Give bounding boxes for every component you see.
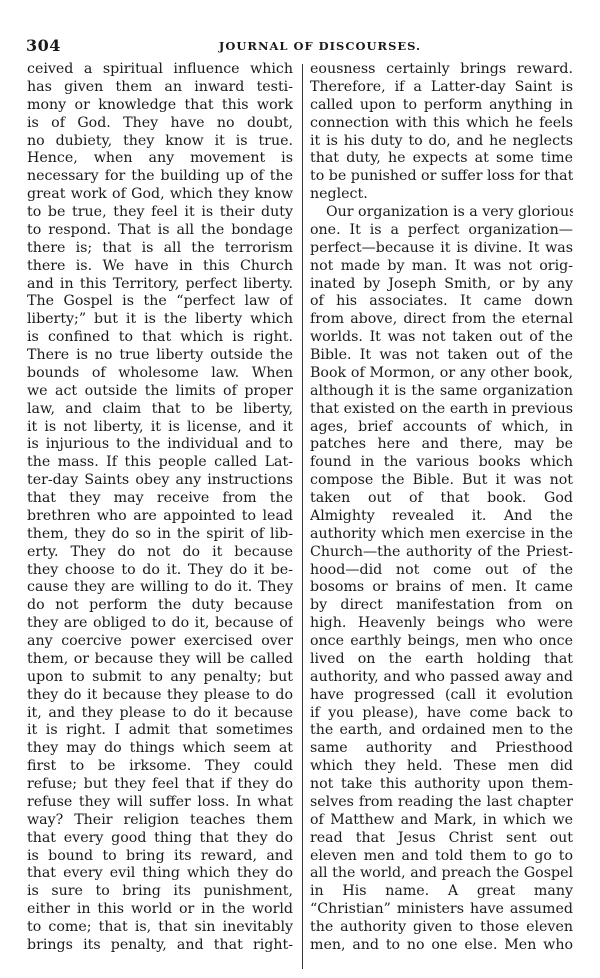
text-line: selves from reading the last chapter <box>310 794 573 812</box>
text-line: they may do things which seem at <box>27 740 293 758</box>
text-line: the authority given to those eleven <box>310 919 573 937</box>
text-line: inated by Joseph Smith, or by any <box>310 276 573 294</box>
text-line: is bound to bring its reward, and <box>27 848 293 866</box>
text-line: is injurious to the individual and to <box>27 436 293 454</box>
text-line: great work of God, which they know <box>27 186 293 204</box>
text-line: which they held. These men did <box>310 758 573 776</box>
page-header: 304 JOURNAL OF DISCOURSES. <box>0 36 600 56</box>
text-line: of his associates. It came down <box>310 293 573 311</box>
text-line: one. It is a perfect organization— <box>310 222 573 240</box>
text-line: that every evil thing which they do <box>27 865 293 883</box>
text-line: eousness certainly brings reward. <box>310 61 573 79</box>
text-line: same authority and Priesthood <box>310 740 573 758</box>
text-line: There is no true liberty outside the <box>27 347 293 365</box>
text-line: refuse; but they feel that if they do <box>27 776 293 794</box>
text-line: to be punished or suffer loss for that <box>310 168 573 186</box>
text-line: any coercive power exercised over <box>27 633 293 651</box>
text-line: law, and claim that to be liberty, <box>27 401 293 419</box>
text-line: them, they do so in the spirit of lib- <box>27 526 293 544</box>
text-line: do not perform the duty because <box>27 597 293 615</box>
text-line: authority which men exercise in the <box>310 526 573 544</box>
text-line: mony or knowledge that this work <box>27 97 293 115</box>
text-line: there is. We have in this Church <box>27 258 293 276</box>
text-line: men, and to no one else. Men who <box>310 937 573 955</box>
text-line: upon to submit to any penalty; but <box>27 669 293 687</box>
text-line: Almighty revealed it. And the <box>310 508 573 526</box>
text-line: not made by man. It was not orig- <box>310 258 573 276</box>
text-line: them, or because they will be called <box>27 651 293 669</box>
text-line: once earthly beings, men who once <box>310 633 573 651</box>
text-line: found in the various books which <box>310 454 573 472</box>
text-line: from above, direct from the eternal <box>310 311 573 329</box>
text-line: called upon to perform anything in <box>310 97 573 115</box>
text-line: to respond. That is all the bondage <box>27 222 293 240</box>
text-line: they do it because they please to do <box>27 687 293 705</box>
text-line: ter-day Saints obey any instructions <box>27 472 293 490</box>
text-line: Book of Mormon, or any other book, <box>310 365 573 383</box>
text-line: authority, and who passed away and <box>310 669 573 687</box>
text-line: Church—the authority of the Priest- <box>310 544 573 562</box>
text-line: that existed on the earth in previous <box>310 401 573 419</box>
text-line: bounds of wholesome law. When <box>27 365 293 383</box>
text-line: ceived a spiritual influence which <box>27 61 293 79</box>
text-line: that they may receive from the <box>27 490 293 508</box>
text-line: all the world, and preach the Gospel <box>310 865 573 883</box>
text-line: it, and they please to do it because <box>27 705 293 723</box>
text-line: if you please), have come back to <box>310 705 573 723</box>
text-line: and in this Territory, perfect liberty. <box>27 276 293 294</box>
text-line: is confined to that which is right. <box>27 329 293 347</box>
text-line: bosoms or brains of men. It came <box>310 579 573 597</box>
text-line: “Christian” ministers have assumed <box>310 901 573 919</box>
text-line: refuse they will suffer loss. In what <box>27 794 293 812</box>
text-line: not take this authority upon them- <box>310 776 573 794</box>
text-line: it is his duty to do, and he neglects <box>310 133 573 151</box>
text-line: Our organization is a very glorious <box>310 204 573 222</box>
text-line: have progressed (call it evolution <box>310 687 573 705</box>
text-line: lived on the earth holding that <box>310 651 573 669</box>
text-line: to come; that is, that sin inevitably <box>27 919 293 937</box>
text-line: taken out of that book. God <box>310 490 573 508</box>
text-line: erty. They do not do it because <box>27 544 293 562</box>
text-line: brethren who are appointed to lead <box>27 508 293 526</box>
text-line: worlds. It was not taken out of the <box>310 329 573 347</box>
text-line: although it is the same organization <box>310 383 573 401</box>
text-line: in His name. A great many <box>310 883 573 901</box>
text-line: read that Jesus Christ sent out <box>310 830 573 848</box>
text-line: neglect. <box>310 186 573 204</box>
text-line: to be true, they feel it is their duty <box>27 204 293 222</box>
text-line: brings its penalty, and that right- <box>27 937 293 955</box>
text-line: The Gospel is the “perfect law of <box>27 293 293 311</box>
text-line: ages, brief accounts of which, in <box>310 419 573 437</box>
text-line: first to be irksome. They could <box>27 758 293 776</box>
column-divider <box>302 64 303 969</box>
text-line: compose the Bible. But it was not <box>310 472 573 490</box>
text-line: liberty;” but it is the liberty which <box>27 311 293 329</box>
text-line: high. Heavenly beings who were <box>310 615 573 633</box>
text-line: the mass. If this people called Lat- <box>27 454 293 472</box>
text-line: is of God. They have no doubt, <box>27 115 293 133</box>
text-line: no dubiety, they know it is true. <box>27 133 293 151</box>
right-text-column: eousness certainly brings reward.Therefo… <box>310 61 573 955</box>
left-text-column: ceived a spiritual influence whichhas gi… <box>27 61 293 955</box>
text-line: there is; that is all the terrorism <box>27 240 293 258</box>
text-line: cause they are willing to do it. They <box>27 579 293 597</box>
text-line: of Matthew and Mark, in which we <box>310 812 573 830</box>
running-title: JOURNAL OF DISCOURSES. <box>0 39 600 53</box>
text-line: it is not liberty, it is license, and it <box>27 419 293 437</box>
text-line: they choose to do it. They do it be- <box>27 562 293 580</box>
text-line: way? Their religion teaches them <box>27 812 293 830</box>
text-line: they are obliged to do it, because of <box>27 615 293 633</box>
text-line: the earth, and ordained men to the <box>310 722 573 740</box>
text-line: perfect—because it is divine. It was <box>310 240 573 258</box>
text-line: has given them an inward testi- <box>27 79 293 97</box>
text-line: Hence, when any movement is <box>27 150 293 168</box>
text-line: Therefore, if a Latter-day Saint is <box>310 79 573 97</box>
text-line: eleven men and told them to go to <box>310 848 573 866</box>
text-line: Bible. It was not taken out of the <box>310 347 573 365</box>
text-line: necessary for the building up of the <box>27 168 293 186</box>
text-line: connection with this which he feels <box>310 115 573 133</box>
text-line: is sure to bring its punishment, <box>27 883 293 901</box>
text-line: hood—did not come out of the <box>310 562 573 580</box>
text-line: that duty, he expects at some time <box>310 150 573 168</box>
text-line: patches here and there, may be <box>310 436 573 454</box>
text-line: it is right. I admit that sometimes <box>27 722 293 740</box>
text-line: by direct manifestation from on <box>310 597 573 615</box>
text-line: either in this world or in the world <box>27 901 293 919</box>
text-line: we act outside the limits of proper <box>27 383 293 401</box>
text-line: that every good thing that they do <box>27 830 293 848</box>
